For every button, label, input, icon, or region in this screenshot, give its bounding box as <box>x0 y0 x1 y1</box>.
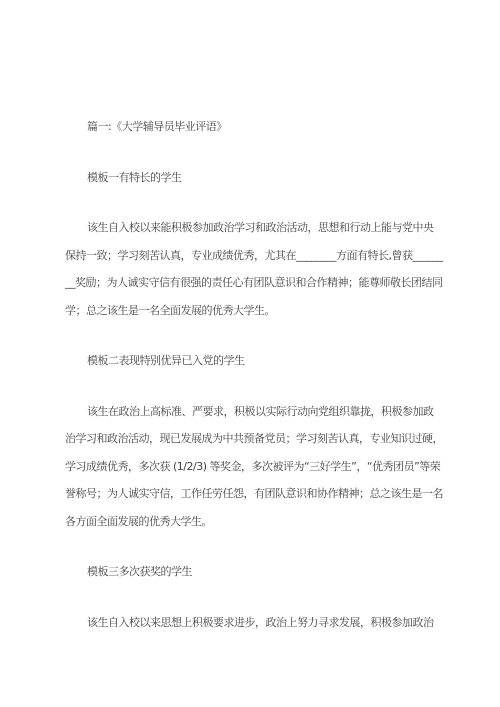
section-2-heading: 模板二表现特别优异已入党的学生 <box>65 347 443 375</box>
section-1-paragraph: 该生自入校以来能积极参加政治学习和政治活动，思想和行动上能与党中央保持一致；学习… <box>65 214 443 324</box>
section-3-paragraph: 该生自入校以来思想上积极要求进步，政治上努力寻求发展，积极参加政治 <box>65 609 443 637</box>
document-page: 篇一:《大学辅导员毕业评语》 模板一有特长的学生 该生自入校以来能积极参加政治学… <box>0 0 500 707</box>
document-title: 篇一:《大学辅导员毕业评语》 <box>65 113 443 141</box>
section-3-heading: 模板三多次获奖的学生 <box>65 558 443 586</box>
section-1-heading: 模板一有特长的学生 <box>65 164 443 192</box>
section-2-paragraph: 该生在政治上高标准、严要求，积极以实际行动向党组织靠拢，积极参加政治学习和政治活… <box>65 398 443 536</box>
